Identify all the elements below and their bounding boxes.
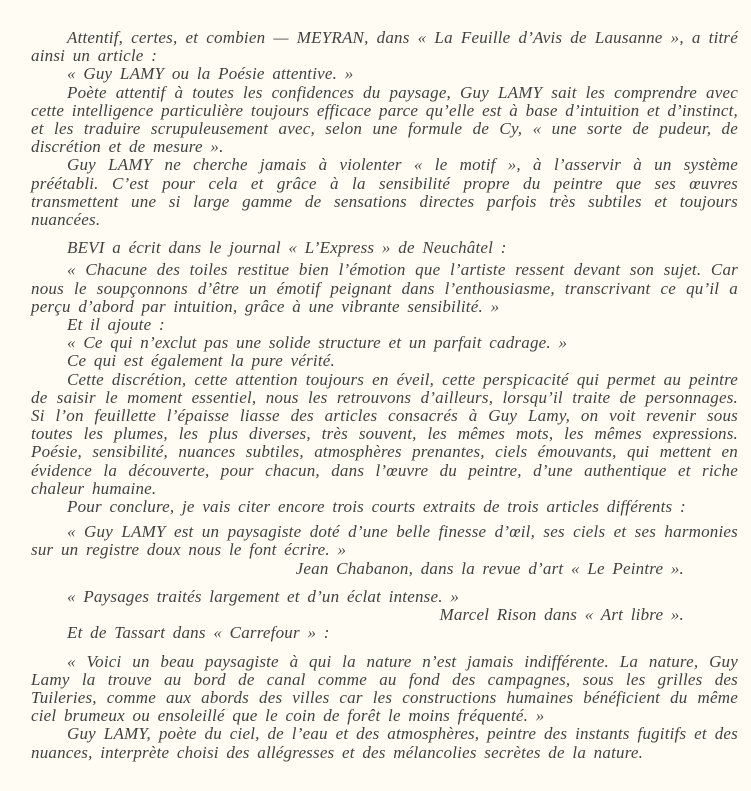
attribution-chabanon: Jean Chabanon, dans la revue d’art « Le … bbox=[31, 560, 738, 578]
paragraph-ne-cherche-jamais: Guy LAMY ne cherche jamais à violenter «… bbox=[31, 156, 738, 229]
paragraph-tassart-quote: « Voici un beau paysagiste à qui la natu… bbox=[31, 653, 738, 726]
paragraph-et-il-ajoute: Et il ajoute : bbox=[31, 316, 738, 334]
paragraph-pure-verite: Ce qui est également la pure vérité. bbox=[31, 352, 738, 370]
paragraph-chabanon-quote: « Guy LAMY est un paysagiste doté d’une … bbox=[31, 523, 738, 559]
paragraph-bevi-quote: « Chacune des toiles restitue bien l’émo… bbox=[31, 261, 738, 316]
paragraph-bevi-intro: BEVI a écrit dans le journal « L’Express… bbox=[31, 239, 738, 257]
text-column: Attentif, certes, et combien — MEYRAN, d… bbox=[31, 29, 738, 762]
scanned-document-page: Attentif, certes, et combien — MEYRAN, d… bbox=[0, 0, 751, 791]
paragraph-pour-conclure: Pour conclure, je vais citer encore troi… bbox=[31, 498, 738, 516]
paragraph-meyran-intro: Attentif, certes, et combien — MEYRAN, d… bbox=[31, 29, 738, 65]
paragraph-rison-quote: « Paysages traités largement et d’un écl… bbox=[31, 588, 738, 606]
attribution-rison: Marcel Rison dans « Art libre ». bbox=[31, 606, 738, 624]
paragraph-structure-quote: « Ce qui n’exclut pas une solide structu… bbox=[31, 334, 738, 352]
paragraph-conclusion: Guy LAMY, poète du ciel, de l’eau et des… bbox=[31, 725, 738, 761]
paragraph-discretion: Cette discrétion, cette attention toujou… bbox=[31, 371, 738, 498]
paragraph-tassart-intro: Et de Tassart dans « Carrefour » : bbox=[31, 624, 738, 642]
paragraph-poete-attentif: Poète attentif à toutes les confidences … bbox=[31, 84, 738, 157]
paragraph-article-title-quote: « Guy LAMY ou la Poésie attentive. » bbox=[31, 65, 738, 83]
